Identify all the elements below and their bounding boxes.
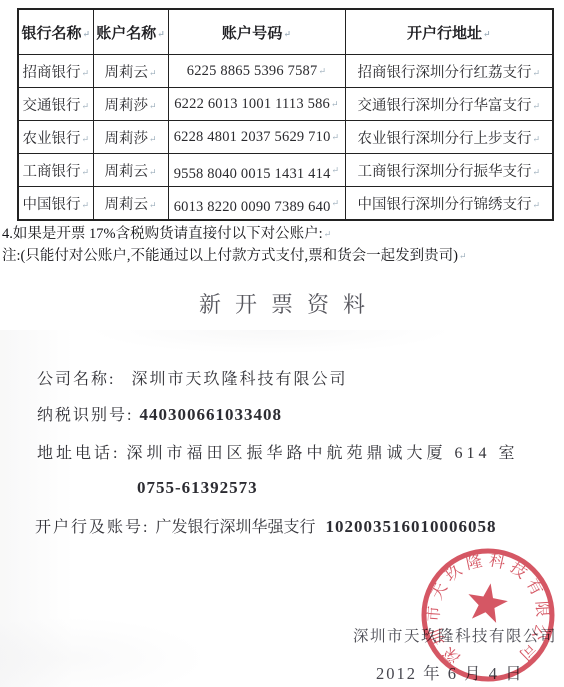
pilcrow-mark: ↵ bbox=[459, 251, 467, 261]
header-account-number: 账户号码↵ bbox=[168, 9, 345, 55]
cell-text: 招商银行深圳分行红荔支行 bbox=[357, 65, 531, 81]
cell-holder: 周莉莎↵ bbox=[93, 88, 168, 121]
cell-holder: 周莉云↵ bbox=[93, 187, 168, 221]
pilcrow-mark: ↵ bbox=[532, 200, 540, 210]
tax-id-value: 440300661033408 bbox=[139, 405, 282, 424]
cell-branch: 工商银行深圳分行振华支行↵ bbox=[345, 154, 553, 187]
cell-text: 周莉云 bbox=[104, 197, 148, 213]
cell-bank: 招商银行↵ bbox=[18, 55, 93, 88]
pilcrow-mark: ↵ bbox=[532, 68, 540, 78]
bank-account-label: 开户行及账号: bbox=[35, 519, 149, 536]
cell-text: 6222 6013 1001 1113 586 bbox=[174, 96, 330, 112]
section-title: 新开票资料 bbox=[0, 288, 564, 319]
payment-note-line1: 4.如果是开票 17%含税购货请直接付以下对公账户:↵ bbox=[2, 222, 331, 243]
cell-text: 周莉莎 bbox=[104, 131, 148, 147]
pilcrow-mark: ↵ bbox=[81, 68, 89, 78]
pilcrow-mark: ↵ bbox=[284, 29, 292, 39]
bank-branch-value: 广发银行深圳华强支行 bbox=[155, 519, 315, 536]
phone-line: 0755-61392573 bbox=[137, 478, 258, 498]
cell-number: 6228 4801 2037 5629 710↵ bbox=[168, 121, 345, 154]
table-row: 工商银行↵ 周莉云↵ 9558 8040 0015 1431 414↵ 工商银行… bbox=[18, 154, 553, 187]
cell-holder: 周莉云↵ bbox=[93, 154, 168, 187]
pilcrow-mark: ↵ bbox=[332, 198, 340, 208]
cell-text: 9558 8040 0015 1431 414 bbox=[174, 166, 331, 183]
pilcrow-mark: ↵ bbox=[332, 132, 340, 142]
company-name-label: 公司名称: bbox=[37, 371, 115, 388]
pilcrow-mark: ↵ bbox=[324, 229, 332, 239]
cell-holder: 周莉莎↵ bbox=[93, 121, 168, 154]
cell-bank: 工商银行↵ bbox=[18, 154, 93, 187]
bank-number-value: 102003516010006058 bbox=[325, 517, 496, 536]
bank-account-line: 开户行及账号:广发银行深圳华强支行102003516010006058 bbox=[35, 514, 496, 537]
pilcrow-mark: ↵ bbox=[318, 66, 326, 76]
cell-text: 农业银行深圳分行上步支行 bbox=[357, 131, 531, 147]
pilcrow-mark: ↵ bbox=[82, 29, 90, 39]
table-header-row: 银行名称↵ 账户名称↵ 账户号码↵ 开户行地址↵ bbox=[18, 9, 553, 55]
note-text: 4.如果是开票 17%含税购货请直接付以下对公账户: bbox=[2, 226, 323, 242]
cell-bank: 农业银行↵ bbox=[18, 121, 93, 154]
pilcrow-mark: ↵ bbox=[81, 101, 89, 111]
pilcrow-mark: ↵ bbox=[81, 134, 89, 144]
pilcrow-mark: ↵ bbox=[149, 134, 157, 144]
phone-value: 0755-61392573 bbox=[137, 478, 258, 497]
cell-branch: 农业银行深圳分行上步支行↵ bbox=[345, 121, 553, 154]
table-row: 农业银行↵ 周莉莎↵ 6228 4801 2037 5629 710↵ 农业银行… bbox=[18, 121, 553, 154]
pilcrow-mark: ↵ bbox=[483, 29, 491, 39]
cell-number: 6222 6013 1001 1113 586↵ bbox=[168, 88, 345, 121]
cell-text: 交通银行 bbox=[22, 98, 80, 114]
pilcrow-mark: ↵ bbox=[149, 167, 157, 177]
pilcrow-mark: ↵ bbox=[81, 167, 89, 177]
address-label: 地址电话: bbox=[37, 445, 120, 462]
pilcrow-mark: ↵ bbox=[157, 29, 165, 39]
document-page: 银行名称↵ 账户名称↵ 账户号码↵ 开户行地址↵ 招商银行↵ 周莉云↵ 6225… bbox=[0, 0, 564, 687]
address-value: 深圳市福田区振华路中航苑鼎诚大厦 614 室 bbox=[126, 445, 518, 462]
cell-text: 周莉云 bbox=[104, 164, 148, 180]
header-bank-name: 银行名称↵ bbox=[18, 9, 93, 55]
cell-text: 中国银行深圳分行锦绣支行 bbox=[357, 197, 531, 213]
tax-id-label: 纳税识别号: bbox=[37, 407, 133, 424]
pilcrow-mark: ↵ bbox=[331, 99, 339, 109]
cell-text: 工商银行深圳分行振华支行 bbox=[357, 164, 531, 180]
header-label: 开户行地址 bbox=[407, 26, 482, 42]
pilcrow-mark: ↵ bbox=[149, 200, 157, 210]
payment-note-line2: 注:(只能付对公账户,不能通过以上付款方式支付,票和货会一起发到贵司)↵ bbox=[2, 244, 466, 265]
header-label: 账户号码 bbox=[222, 26, 283, 42]
cell-text: 6013 8220 0090 7389 640 bbox=[174, 199, 331, 216]
tax-id-line: 纳税识别号:440300661033408 bbox=[37, 402, 282, 425]
cell-number: 6225 8865 5396 7587↵ bbox=[168, 55, 345, 88]
cell-number: 9558 8040 0015 1431 414↵ bbox=[168, 154, 345, 187]
table-row: 中国银行↵ 周莉云↵ 6013 8220 0090 7389 640↵ 中国银行… bbox=[18, 187, 553, 221]
cell-text: 交通银行深圳分行华富支行 bbox=[357, 98, 531, 114]
header-branch-address: 开户行地址↵ bbox=[345, 9, 553, 55]
pilcrow-mark: ↵ bbox=[532, 101, 540, 111]
pilcrow-mark: ↵ bbox=[332, 165, 340, 175]
cell-text: 6228 4801 2037 5629 710 bbox=[174, 129, 331, 145]
pilcrow-mark: ↵ bbox=[532, 134, 540, 144]
pilcrow-mark: ↵ bbox=[81, 200, 89, 210]
pilcrow-mark: ↵ bbox=[532, 167, 540, 177]
cell-bank: 交通银行↵ bbox=[18, 88, 93, 121]
cell-text: 周莉云 bbox=[104, 65, 148, 81]
table-row: 招商银行↵ 周莉云↵ 6225 8865 5396 7587↵ 招商银行深圳分行… bbox=[18, 55, 553, 88]
cell-branch: 交通银行深圳分行华富支行↵ bbox=[345, 88, 553, 121]
cell-text: 周莉莎 bbox=[104, 98, 148, 114]
table-row: 交通银行↵ 周莉莎↵ 6222 6013 1001 1113 586↵ 交通银行… bbox=[18, 88, 553, 121]
stamp-star-icon bbox=[464, 580, 510, 624]
cell-branch: 招商银行深圳分行红荔支行↵ bbox=[345, 55, 553, 88]
pilcrow-mark: ↵ bbox=[149, 68, 157, 78]
header-account-name: 账户名称↵ bbox=[93, 9, 168, 55]
cell-text: 中国银行 bbox=[22, 197, 80, 213]
company-name-value: 深圳市天玖隆科技有限公司 bbox=[131, 371, 347, 388]
cell-holder: 周莉云↵ bbox=[93, 55, 168, 88]
cell-number: 6013 8220 0090 7389 640↵ bbox=[168, 187, 345, 221]
cell-text: 招商银行 bbox=[22, 65, 80, 81]
cell-text: 农业银行 bbox=[22, 131, 80, 147]
company-seal-stamp: 深圳市天玖隆科技有限公司 bbox=[418, 545, 558, 685]
cell-branch: 中国银行深圳分行锦绣支行↵ bbox=[345, 187, 553, 221]
pilcrow-mark: ↵ bbox=[149, 101, 157, 111]
stamp-ring bbox=[424, 551, 552, 679]
header-label: 银行名称 bbox=[21, 26, 81, 42]
cell-text: 6225 8865 5396 7587 bbox=[187, 63, 318, 79]
address-phone-line: 地址电话:深圳市福田区振华路中航苑鼎诚大厦 614 室 bbox=[37, 440, 518, 463]
cell-text: 工商银行 bbox=[22, 164, 80, 180]
cell-bank: 中国银行↵ bbox=[18, 187, 93, 221]
header-label: 账户名称 bbox=[96, 26, 156, 42]
note-text: 注:(只能付对公账户,不能通过以上付款方式支付,票和货会一起发到贵司) bbox=[2, 248, 458, 264]
company-name-line: 公司名称:深圳市天玖隆科技有限公司 bbox=[37, 366, 347, 389]
bank-accounts-table: 银行名称↵ 账户名称↵ 账户号码↵ 开户行地址↵ 招商银行↵ 周莉云↵ 6225… bbox=[17, 8, 554, 221]
